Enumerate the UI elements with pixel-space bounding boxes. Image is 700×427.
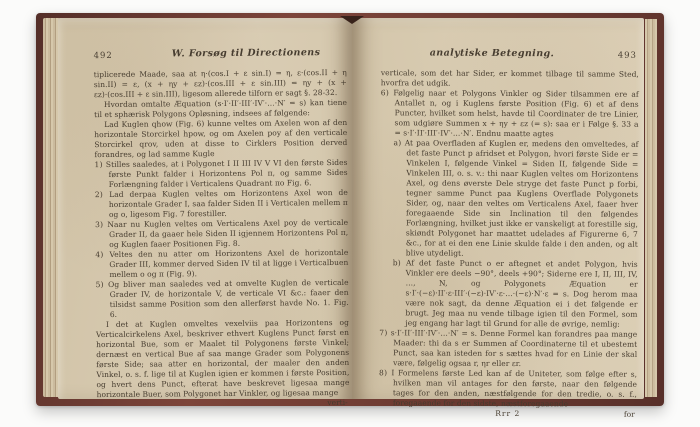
paragraph: 4) Veltes den nu atter om Horizontens Ax… xyxy=(95,248,348,280)
photo-background: 492 W. Forsøg til Directionens tiplicere… xyxy=(0,0,700,427)
item-label: 7) xyxy=(379,328,390,337)
item-label: 4) xyxy=(95,250,109,259)
paragraph: 3) Naar nu Kuglen veltes om Verticalens … xyxy=(95,218,348,250)
paragraph: I det at Kuglen omveltes vexelviis paa H… xyxy=(96,318,350,400)
paragraph: verticale, som det har Sider, er kommet … xyxy=(381,68,639,90)
left-page-body: tiplicerede Maade, saa at η·(cos.I + ε s… xyxy=(94,68,350,400)
right-page-body: verticale, som det har Sider, er kommet … xyxy=(379,68,639,410)
paragraph: 7) s·I′·II′·III′·IV′·…·N′ = s. Denne For… xyxy=(379,328,637,370)
paragraph: 8) I Formelens første Led kan af de Unit… xyxy=(379,368,637,410)
left-page: 492 W. Forsøg til Directionens tiplicere… xyxy=(58,18,352,399)
paragraph: Lad Kuglen qhow (Fig. 6) kunne veltes om… xyxy=(94,118,347,160)
left-page-header: 492 W. Forsøg til Directionens xyxy=(94,47,347,67)
item-label: 8) xyxy=(379,368,391,377)
spine-gutter-notch xyxy=(340,16,364,24)
item-label: 6) xyxy=(381,88,394,97)
item-label: 3) xyxy=(95,220,107,229)
left-page-number: 492 xyxy=(94,51,113,61)
paragraph: Hvordan omtalte Æquation (s·I′·II′·III′·… xyxy=(94,98,347,120)
paragraph: 6) Følgelig naar et Polygons Vinkler og … xyxy=(380,88,638,140)
item-label: a) xyxy=(393,138,404,147)
paragraph: tiplicerede Maade, saa at η·(cos.I + ε s… xyxy=(94,68,347,100)
right-page: analytiske Betegning. 493 verticale, som… xyxy=(352,18,644,399)
right-running-title: analytiske Betegning. xyxy=(363,47,621,60)
right-page-number: 493 xyxy=(618,51,637,61)
item-label: 5) xyxy=(96,280,109,289)
left-running-title: W. Forsøg til Directionens xyxy=(120,47,373,60)
item-label: b) xyxy=(393,258,406,267)
left-page-content: 492 W. Forsøg til Directionens tiplicere… xyxy=(94,47,350,388)
paragraph: b) Af det faste Punct o er aftegnet et a… xyxy=(379,258,637,330)
paragraph: 5) Og bliver man saaledes ved at omvelte… xyxy=(96,278,349,320)
signature-mark: Rrr 2 xyxy=(495,409,520,419)
right-catchword: for xyxy=(520,409,637,420)
item-label: 2) xyxy=(95,190,109,199)
page-edges-left xyxy=(43,18,59,397)
book: 492 W. Forsøg til Directionens tiplicere… xyxy=(36,13,664,406)
page-edges-right xyxy=(645,19,657,397)
signature-line: Rrr 2 for xyxy=(379,408,637,420)
paragraph: 1) Stilles saaledes, at i Polygonet I II… xyxy=(94,158,347,190)
item-label: 1) xyxy=(94,160,105,169)
right-page-content: analytiske Betegning. 493 verticale, som… xyxy=(379,47,639,388)
paragraph: 2) Lad derpaa Kuglen veltes om Horizonte… xyxy=(95,188,348,220)
paragraph: a) At paa Overfladen af Kuglen er, meden… xyxy=(380,138,639,260)
right-page-header: analytiske Betegning. 493 xyxy=(381,47,639,67)
